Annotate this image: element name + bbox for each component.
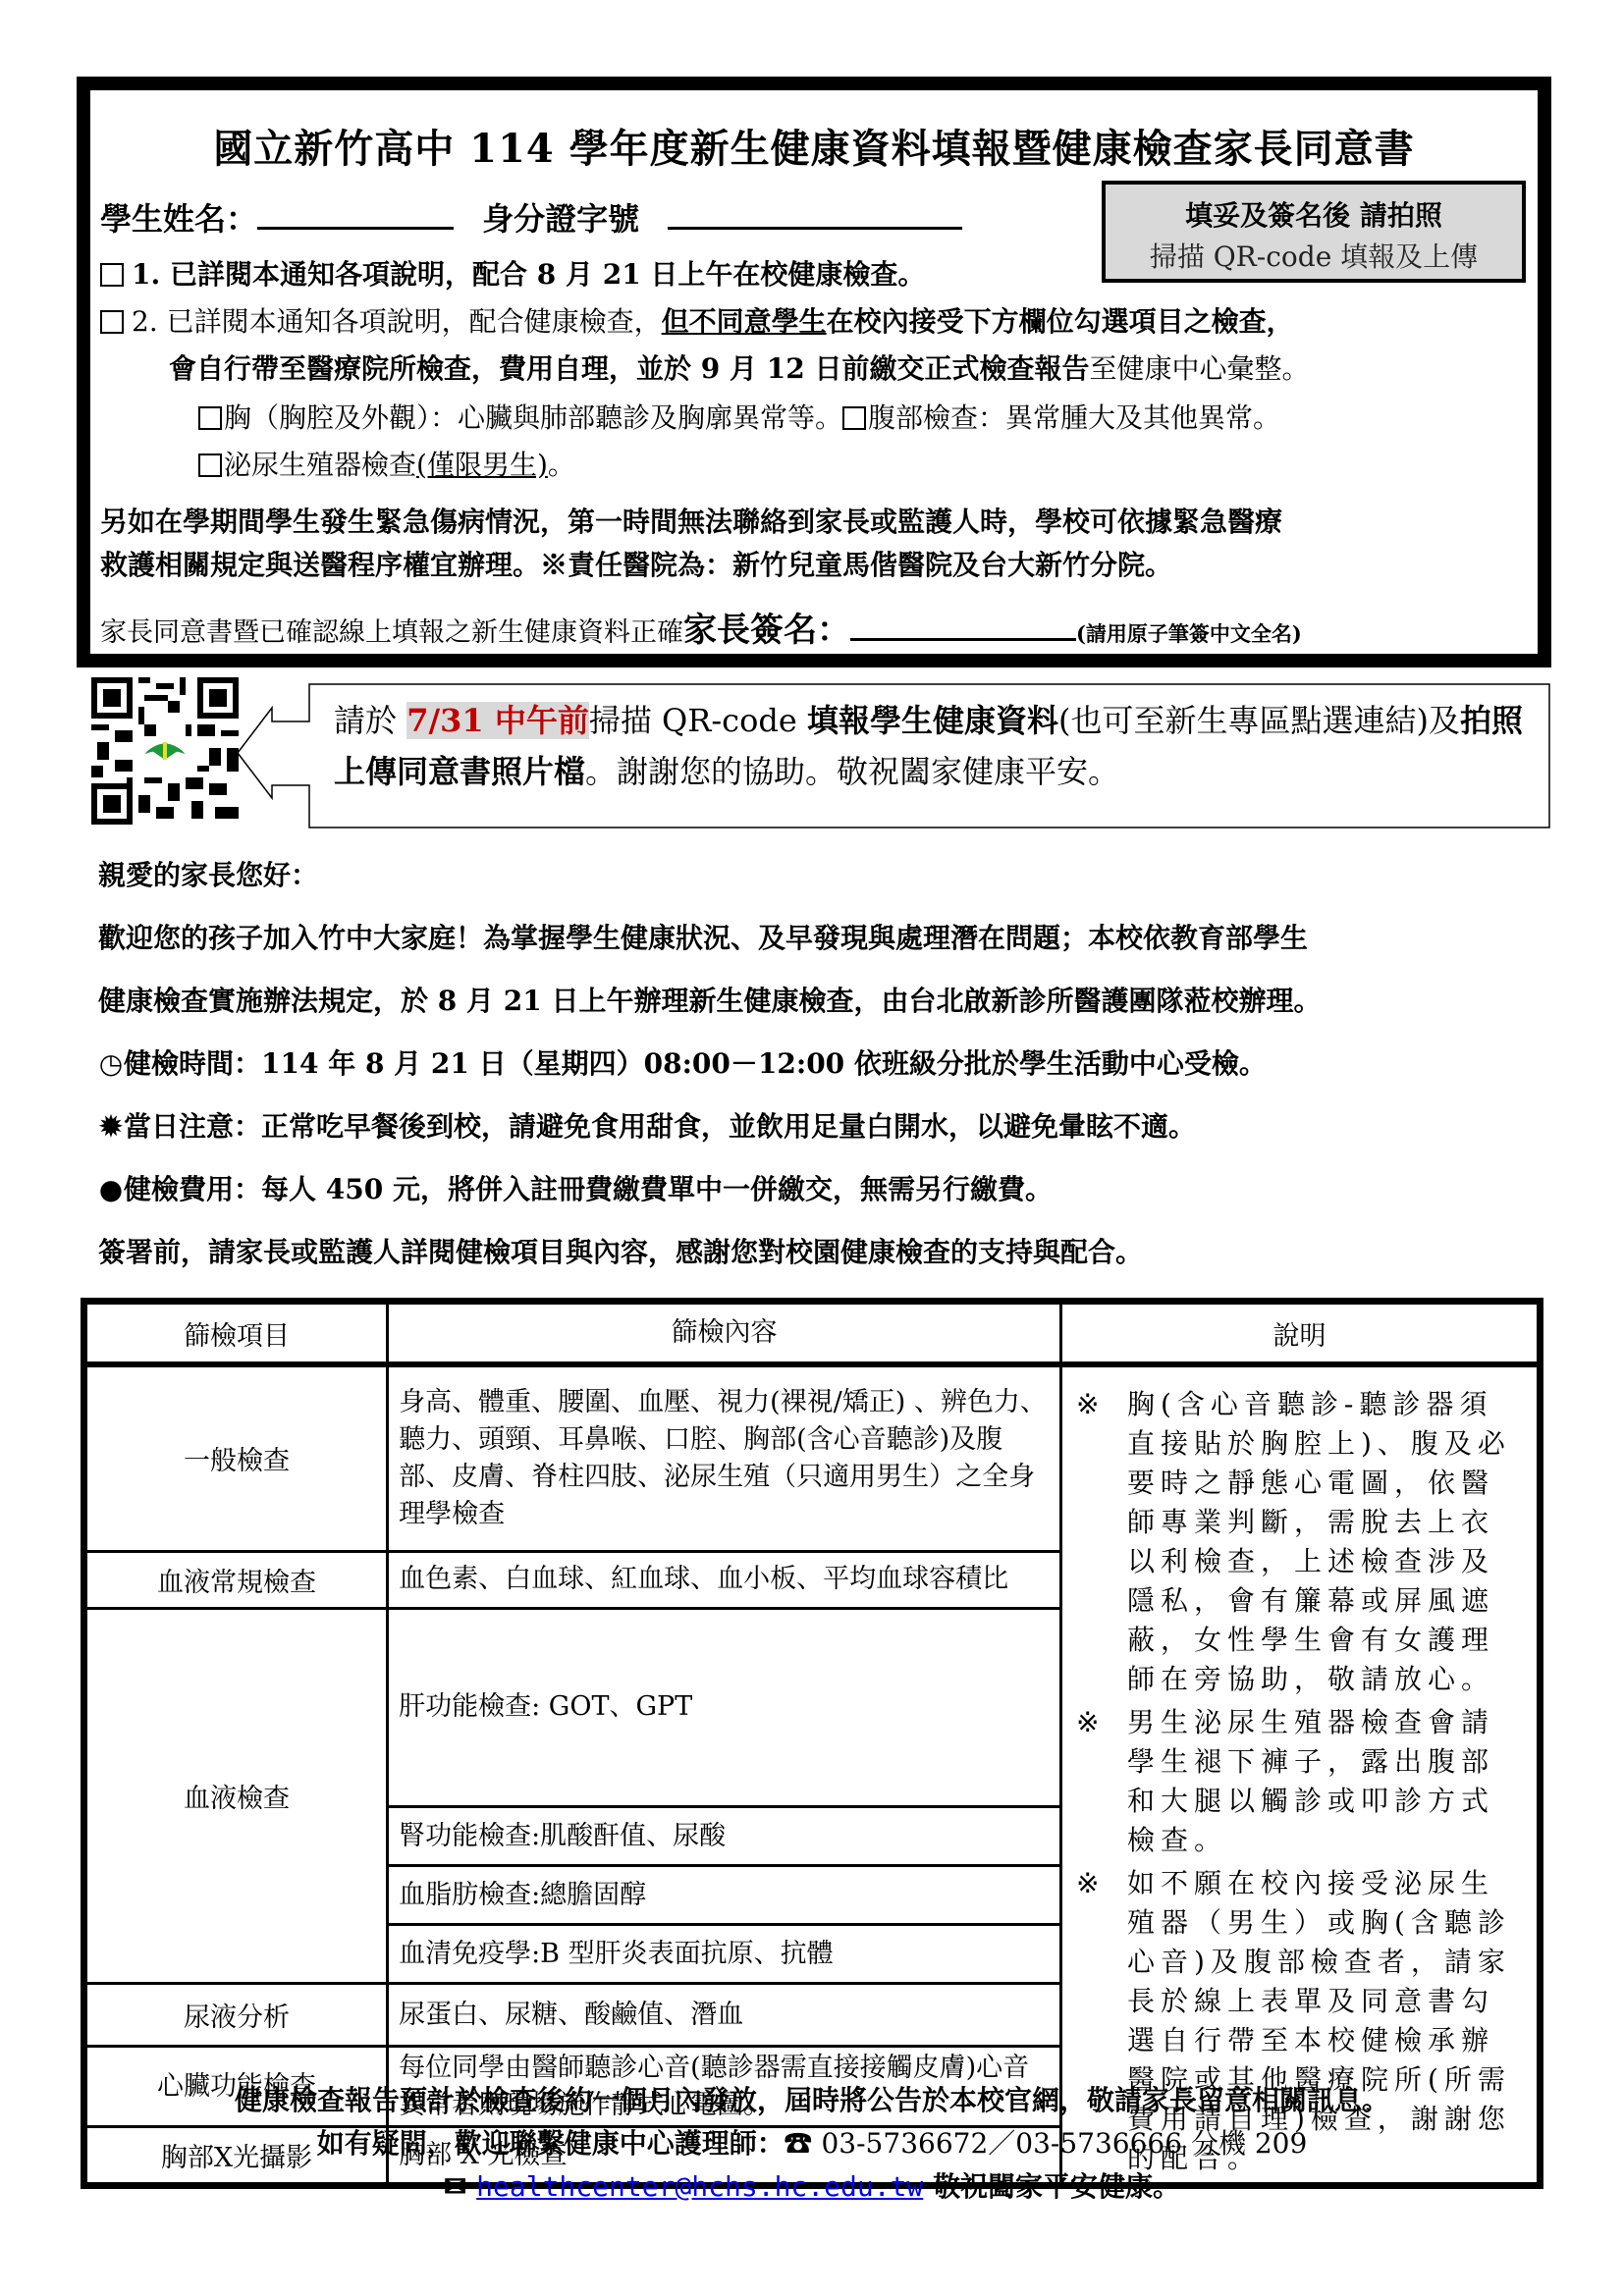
row-item: 血液檢查: [84, 1608, 388, 1984]
phone-number[interactable]: 03-5736672／03-5736666 分機 209: [821, 2127, 1307, 2160]
urogenital-label: 泌尿生殖器檢查: [224, 449, 416, 481]
callout-mid: (也可至新生專區點選連結)及: [1058, 702, 1460, 739]
email-icon: ✉: [444, 2170, 466, 2203]
parent-signature-field[interactable]: [850, 638, 1076, 641]
closing-note: 簽署前，請家長或監護人詳閱健檢項目與內容，感謝您對校園健康檢查的支持與配合。: [98, 1231, 1143, 1270]
starburst-icon: ✹: [98, 1110, 124, 1143]
signature-note: (請用原子筆簽中文全名): [1076, 621, 1302, 646]
table-header-row: 篩檢項目 篩檢內容 說明: [84, 1302, 1541, 1365]
option-1-label: 1. 已詳閱本通知各項說明，配合 8 月 21 日上午在校健康檢查。: [132, 258, 925, 291]
urogenital-note: (僅限男生): [416, 449, 548, 481]
option-1: 1. 已詳閱本通知各項說明，配合 8 月 21 日上午在校健康檢查。: [100, 253, 925, 293]
consent-form-box: 國立新竹高中 114 學年度新生健康資料填報暨健康檢查家長同意書 學生姓名： 身…: [77, 77, 1551, 667]
note-text: 男生泌尿生殖器檢查會請學生褪下褲子，露出腹部和大腿以觸診或叩診方式檢查。: [1127, 1703, 1523, 1860]
option-1-checkbox[interactable]: [100, 263, 124, 287]
day-notice: ✹當日注意：正常吃早餐後到校，請避免食用甜食，並飲用足量白開水，以避免暈眩不適。: [98, 1105, 1196, 1145]
callout-pre: 請於: [334, 702, 406, 739]
option-2-text: 2. 已詳閱本通知各項說明，配合健康檢查，: [132, 305, 662, 338]
table-row: 一般檢查 身高、體重、腰圍、血壓、視力(裸視/矯正) 、辨色力、聽力、頭頸、耳鼻…: [84, 1364, 1541, 1551]
note-text: 胸(含心音聽診-聽診器須直接貼於胸腔上)、腹及必要時之靜態心電圖，依醫師專業判斷…: [1127, 1385, 1523, 1699]
note-mark: ※: [1076, 1703, 1127, 1860]
chest-checkbox[interactable]: [198, 406, 222, 430]
abdomen-label: 腹部檢查：異常腫大及其他異常。: [868, 401, 1280, 434]
option-2-checkbox[interactable]: [100, 310, 124, 334]
signature-label: 家長簽名：: [683, 611, 850, 650]
option-2-line2: 會自行帶至醫療院所檢查，費用自理，並於 9 月 12 日前繳交正式檢查報告至健康…: [169, 347, 1309, 387]
id-number-field[interactable]: [668, 227, 962, 230]
callout-bold1: 填報學生健康資料: [807, 702, 1058, 739]
exam-items-table: 篩檢項目 篩檢內容 說明 一般檢查 身高、體重、腰圍、血壓、視力(裸視/矯正) …: [81, 1298, 1543, 2189]
row-content: 血清免疫學:B 型肝炎表面抗原、抗體: [388, 1925, 1061, 1984]
row-item: 尿液分析: [84, 1984, 388, 2047]
row-item: 一般檢查: [84, 1364, 388, 1551]
id-number-label: 身分證字號: [482, 200, 639, 238]
row-content: 腎功能檢查:肌酸酐值、尿酸: [388, 1807, 1061, 1866]
contact-prefix: 如有疑問，歡迎聯繫健康中心護理師：: [317, 2127, 785, 2160]
row-content: 身高、體重、腰圍、血壓、視力(裸視/矯正) 、辨色力、聽力、頭頸、耳鼻喉、口腔、…: [388, 1364, 1061, 1551]
notes-cell: ※胸(含心音聽診-聽診器須直接貼於胸腔上)、腹及必要時之靜態心電圖，依醫師專業判…: [1060, 1364, 1540, 2186]
header-content: 篩檢內容: [388, 1302, 1061, 1365]
clock-icon: ◷: [98, 1047, 124, 1080]
day-notice-text: 當日注意：正常吃早餐後到校，請避免食用甜食，並飲用足量白開水，以避免暈眩不適。: [124, 1110, 1196, 1143]
emergency-line1: 另如在學期間學生發生緊急傷病情況，第一時間無法聯絡到家長或監護人時，學校可依據緊…: [100, 501, 1282, 540]
row-content: 血色素、白血球、紅血球、血小板、平均血球容積比: [388, 1551, 1061, 1608]
photo-instruction-box: 填妥及簽名後 請拍照 掃描 QR-code 填報及上傳: [1102, 181, 1526, 283]
emergency-line2: 救護相關規定與送醫程序權宜辦理。※責任醫院為：新竹兒童馬偕醫院及台大新竹分院。: [100, 544, 1172, 583]
sub-options-row1: 胸（胸腔及外觀）：心臟與肺部聽診及胸廓異常等。腹部檢查：異常腫大及其他異常。: [198, 397, 1280, 436]
signature-prefix: 家長同意書暨已確認線上填報之新生健康資料正確: [100, 617, 683, 648]
note-1: ※胸(含心音聽診-聽診器須直接貼於胸腔上)、腹及必要時之靜態心電圖，依醫師專業判…: [1076, 1385, 1523, 1699]
sub-options-row2: 泌尿生殖器檢查(僅限男生)。: [198, 444, 575, 483]
callout-tail: 。謝謝您的協助。敬祝闔家健康平安。: [585, 753, 1119, 790]
chest-label: 胸（胸腔及外觀）：心臟與肺部聽診及胸廓異常等。: [224, 401, 842, 434]
intro-line1: 歡迎您的孩子加入竹中大家庭！為掌握學生健康狀況、及早發現與處理潛在問題；本校依教…: [98, 917, 1308, 956]
greeting: 親愛的家長您好：: [98, 854, 318, 893]
row-content: 肝功能檢查: GOT、GPT: [388, 1608, 1061, 1807]
page-title: 國立新竹高中 114 學年度新生健康資料填報暨健康檢查家長同意書: [90, 118, 1538, 174]
exam-time-text: 健檢時間：114 年 8 月 21 日（星期四）08:00－12:00 依班級分…: [124, 1047, 1267, 1080]
callout-scan: 掃描 QR-code: [589, 702, 807, 739]
row-content: 血脂肪檢查:總膽固醇: [388, 1866, 1061, 1925]
option-2-tail: 至健康中心彙整。: [1089, 352, 1309, 385]
deadline-highlight: 7/31 中午前: [406, 702, 589, 739]
student-name-field[interactable]: [257, 227, 454, 230]
exam-time: ◷健檢時間：114 年 8 月 21 日（星期四）08:00－12:00 依班級…: [98, 1042, 1267, 1082]
exam-fee-text: 健檢費用：每人 450 元，將併入註冊費繳費單中一併繳交，無需另行繳費。: [124, 1173, 1053, 1205]
header-notes: 說明: [1060, 1302, 1540, 1365]
phone-icon: ☎: [785, 2127, 812, 2160]
signature-row: 家長同意書暨已確認線上填報之新生健康資料正確家長簽名：(請用原子筆簽中文全名): [100, 603, 1302, 651]
callout-text: 請於 7/31 中午前掃描 QR-code 填報學生健康資料(也可至新生專區點選…: [334, 695, 1532, 797]
note-mark: ※: [1076, 1385, 1127, 1699]
header-item: 篩檢項目: [84, 1302, 388, 1365]
footer-closing: 敬祝闔家平安健康。: [933, 2170, 1180, 2203]
report-notice: 健康檢查報告預計於檢查後約一個月內發放，屆時將公告於本校官網，敬請家長留意相關訊…: [0, 2079, 1624, 2118]
email-link[interactable]: healthcenter@hchs.hc.edu.tw: [476, 2170, 923, 2203]
qr-code[interactable]: [90, 677, 240, 825]
email-line: ✉ healthcenter@hchs.hc.edu.tw 敬祝闔家平安健康。: [0, 2165, 1624, 2205]
intro-line2: 健康檢查實施辦法規定，於 8 月 21 日上午辦理新生健康檢查，由台北啟新診所醫…: [98, 980, 1321, 1019]
option-2-text-cont: 在校內接受下方欄位勾選項目之檢查，: [827, 305, 1294, 338]
money-bag-icon: ●: [98, 1173, 124, 1205]
student-name-label: 學生姓名：: [100, 200, 257, 238]
option-2: 2. 已詳閱本通知各項說明，配合健康檢查，但不同意學生在校內接受下方欄位勾選項目…: [100, 300, 1294, 340]
row-item: 血液常規檢查: [84, 1551, 388, 1608]
row-content: 尿蛋白、尿糖、酸鹼值、潛血: [388, 1984, 1061, 2047]
photo-instruction-line2: 掃描 QR-code 填報及上傳: [1106, 236, 1522, 275]
option-2-emphasis: 但不同意學生: [662, 305, 827, 338]
urogenital-tail: 。: [548, 449, 575, 481]
abdomen-checkbox[interactable]: [842, 406, 866, 430]
urogenital-checkbox[interactable]: [198, 454, 222, 477]
exam-fee: ●健檢費用：每人 450 元，將併入註冊費繳費單中一併繳交，無需另行繳費。: [98, 1168, 1053, 1207]
student-info-row: 學生姓名： 身分證字號: [100, 194, 962, 240]
contact-line: 如有疑問，歡迎聯繫健康中心護理師：☎ 03-5736672／03-5736666…: [0, 2122, 1624, 2162]
option-2-bold: 會自行帶至醫療院所檢查，費用自理，並於 9 月 12 日前繳交正式檢查報告: [169, 352, 1089, 385]
note-2: ※男生泌尿生殖器檢查會請學生褪下褲子，露出腹部和大腿以觸診或叩診方式檢查。: [1076, 1703, 1523, 1860]
photo-instruction-line1: 填妥及簽名後 請拍照: [1106, 194, 1522, 234]
